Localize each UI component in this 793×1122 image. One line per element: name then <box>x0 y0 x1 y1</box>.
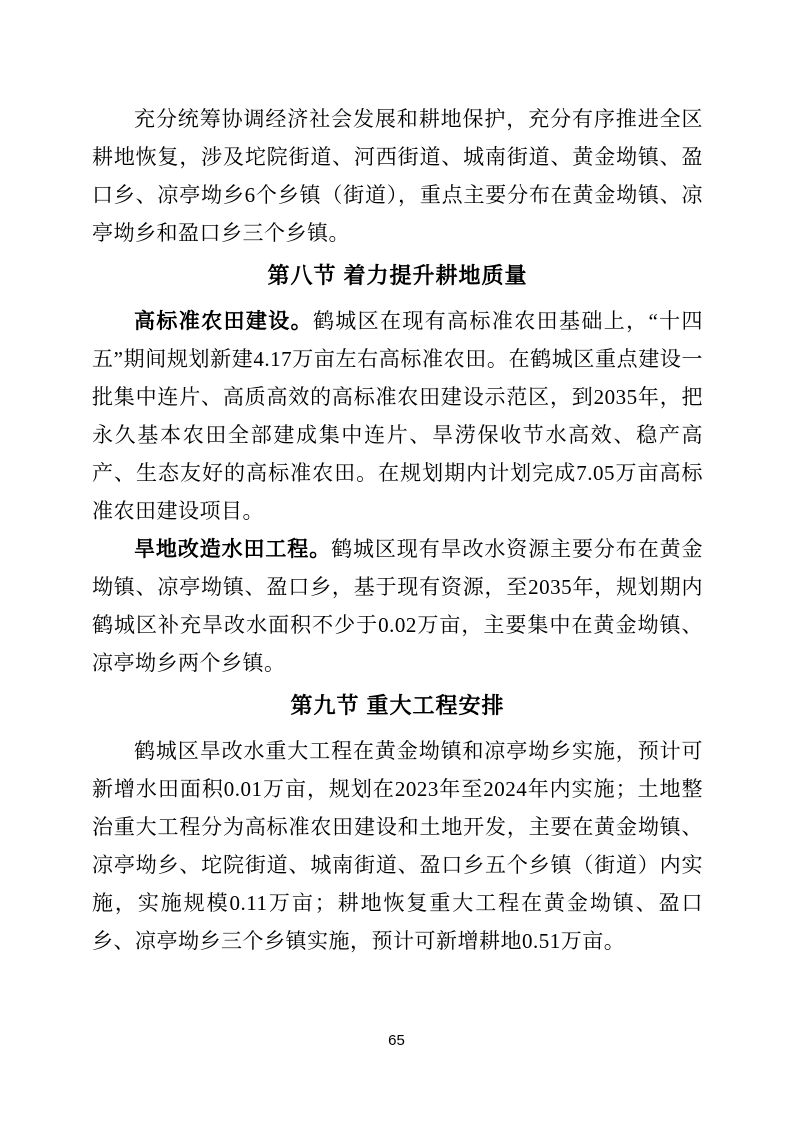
page-content: 充分统筹协调经济社会发展和耕地保护，充分有序推进全区耕地恢复，涉及坨院街道、河西… <box>92 100 703 960</box>
document-page: 充分统筹协调经济社会发展和耕地保护，充分有序推进全区耕地恢复，涉及坨院街道、河西… <box>0 0 793 1122</box>
section-9-heading: 第九节 重大工程安排 <box>92 687 703 725</box>
section-8-paragraph-1: 高标准农田建设。鹤城区在现有高标准农田基础上，“十四五”期间规划新建4.17万亩… <box>92 302 703 530</box>
section-8-heading: 第八节 着力提升耕地质量 <box>92 257 703 295</box>
section-8-paragraph-2: 旱地改造水田工程。鹤城区现有旱改水资源主要分布在黄金坳镇、凉亭坳镇、盈口乡，基于… <box>92 530 703 682</box>
paragraph-lead-dryland-to-paddy: 旱地改造水田工程。 <box>134 537 331 561</box>
intro-paragraph: 充分统筹协调经济社会发展和耕地保护，充分有序推进全区耕地恢复，涉及坨院街道、河西… <box>92 100 703 252</box>
page-number: 65 <box>0 1032 793 1049</box>
section-9-paragraph-1: 鹤城区旱改水重大工程在黄金坳镇和凉亭坳乡实施，预计可新增水田面积0.01万亩，规… <box>92 732 703 960</box>
paragraph-lead-high-standard-farmland: 高标准农田建设。 <box>134 309 313 333</box>
paragraph-body-high-standard-farmland: 鹤城区在现有高标准农田基础上，“十四五”期间规划新建4.17万亩左右高标准农田。… <box>92 309 703 523</box>
